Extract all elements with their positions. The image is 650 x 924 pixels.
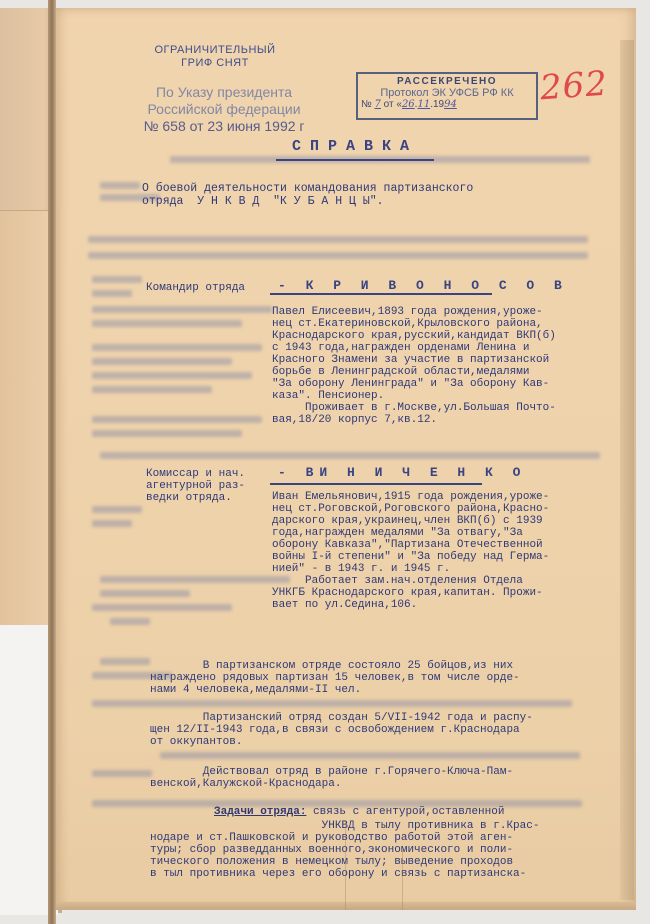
binding-spine: [48, 0, 56, 924]
bio-line: дарского края,украинец,член ВКП(б) с 193…: [272, 515, 549, 527]
commissar-surname-underline: [270, 483, 482, 485]
stamp-line: Российской федерации: [114, 101, 334, 118]
title-underline: [276, 159, 434, 161]
document-title: СПРАВКА: [270, 138, 440, 155]
commissar-label: Комиссар и нач. агентурной раз- ведки от…: [146, 468, 245, 504]
paragraph-unit-dates: Партизанский отряд создан 5/VII-1942 год…: [150, 712, 533, 748]
bio-line: оборону Кавказа","Партизана Отечественно…: [272, 539, 549, 551]
label-line: Комиссар и нач.: [146, 468, 245, 480]
paragraph-line: Партизанский отряд создан 5/VII-1942 год…: [150, 712, 533, 724]
bio-line: нец ст.Роговской,Роговского района,Красн…: [272, 503, 549, 515]
bio-line: "За оборону Ленинграда" и "За оборону Ка…: [272, 378, 556, 390]
paragraph-line: Действовал отряд в районе г.Горячего-Клю…: [150, 766, 513, 778]
tasks-heading-line: Задачи отряда: связь с агентурой,оставле…: [214, 806, 504, 818]
stamp-line: ГРИФ СНЯТ: [140, 57, 290, 70]
stamp-line: ОГРАНИЧИТЕЛЬНЫЙ: [140, 44, 290, 57]
page-right-edge: [620, 40, 634, 900]
bio-line: войны I-й степени" и "За победу над Герм…: [272, 551, 549, 563]
decree-stamp: По Указу президента Российской федерации…: [114, 84, 334, 135]
bio-line: Иван Емельянович,1915 года рождения,урож…: [272, 491, 549, 503]
date-month: 11: [417, 99, 430, 110]
date-prefix: от «: [384, 99, 402, 110]
declassified-box-stamp: РАССЕКРЕЧЕНО Протокол ЭК УФСБ РФ КК № 7 …: [356, 72, 538, 120]
commander-label: Командир отряда: [146, 282, 245, 294]
tasks-first-line: связь с агентурой,оставленной: [306, 806, 504, 818]
bio-line: Работает зам.нач.отделения Отдела: [272, 575, 549, 587]
bio-line: нец ст.Екатериновской,Крыловского района…: [272, 318, 556, 330]
paragraph-line: щен 12/II-1943 года,в связи с освобожден…: [150, 724, 533, 736]
bio-line: борьбе в Ленинградской области,медалями: [272, 366, 556, 378]
subject-line: О боевой деятельности командования парти…: [142, 182, 582, 195]
subject-line: отряда У Н К В Д "К У Б А Н Ц Ы".: [142, 195, 582, 208]
number-value: 7: [375, 99, 381, 110]
paragraph-line: нами 4 человека,медалями-II чел.: [150, 684, 520, 696]
commander-surname: - К Р И В О Н О С О В: [278, 278, 568, 293]
label-line: агентурной раз-: [146, 480, 245, 492]
paper-crease: [345, 820, 346, 910]
bio-line: Краснодарского края,русский,кандидат ВКП…: [272, 330, 556, 342]
date-day: 26: [402, 99, 415, 110]
bio-line: Красного Знамени за участие в партизанск…: [272, 354, 556, 366]
paragraph-line: от оккупантов.: [150, 736, 533, 748]
stamp-title: РАССЕКРЕЧЕНО: [358, 76, 536, 87]
commander-surname-underline: [270, 293, 492, 295]
date-year: 94: [444, 99, 457, 110]
stamp-number-date: № 7 от «26.11.1994: [358, 99, 536, 110]
stamp-protocol: Протокол ЭК УФСБ РФ КК: [358, 87, 536, 99]
bio-line: Павел Елисеевич,1893 года рождения,уроже…: [272, 306, 556, 318]
bio-line: каза". Пенсионер.: [272, 390, 556, 402]
bio-line: вает по ул.Седина,106.: [272, 599, 549, 611]
bio-line: вая,18/20 корпус 7,кв.12.: [272, 414, 556, 426]
paragraph-line: В партизанском отряде состояло 25 бойцов…: [150, 660, 520, 672]
bio-line: УНКГБ Краснодарского края,капитан. Прожи…: [272, 587, 549, 599]
number-label: №: [361, 99, 372, 110]
label-line: ведки отряда.: [146, 492, 245, 504]
stamp-line: № 658 от 23 июня 1992 г: [114, 118, 334, 135]
commissar-bio: Иван Емельянович,1915 года рождения,урож…: [272, 491, 549, 611]
tasks-label: Задачи отряда:: [214, 806, 306, 818]
commissar-surname: - ВИ Н И Ч Е Н К О: [278, 465, 526, 480]
paragraph-unit-strength: В партизанском отряде состояло 25 бойцов…: [150, 660, 520, 696]
declassification-limit-stamp: ОГРАНИЧИТЕЛЬНЫЙ ГРИФ СНЯТ: [140, 44, 290, 70]
archive-page-number: 262: [539, 64, 610, 109]
page-bottom-edge: [56, 902, 636, 910]
paper-crease: [402, 850, 403, 910]
paragraph-area-of-operations: Действовал отряд в районе г.Горячего-Клю…: [150, 766, 513, 790]
bio-line: Проживает в г.Москве,ул.Большая Почто-: [272, 402, 556, 414]
commander-bio: Павел Елисеевич,1893 года рождения,уроже…: [272, 306, 556, 426]
stamp-line: По Указу президента: [114, 84, 334, 101]
date-year-prefix: 19: [433, 99, 444, 110]
bio-line: года,награжден медалями "За отвагу,"За: [272, 527, 549, 539]
paragraph-line: награждено рядовых партизан 15 человек,в…: [150, 672, 520, 684]
bio-line: с 1943 года,награжден орденами Ленина и: [272, 342, 556, 354]
document-subject: О боевой деятельности командования парти…: [142, 182, 582, 208]
paragraph-line: венской,Калужской-Краснодара.: [150, 778, 513, 790]
bio-line: нией" - в 1943 г. и 1945 г.: [272, 563, 549, 575]
